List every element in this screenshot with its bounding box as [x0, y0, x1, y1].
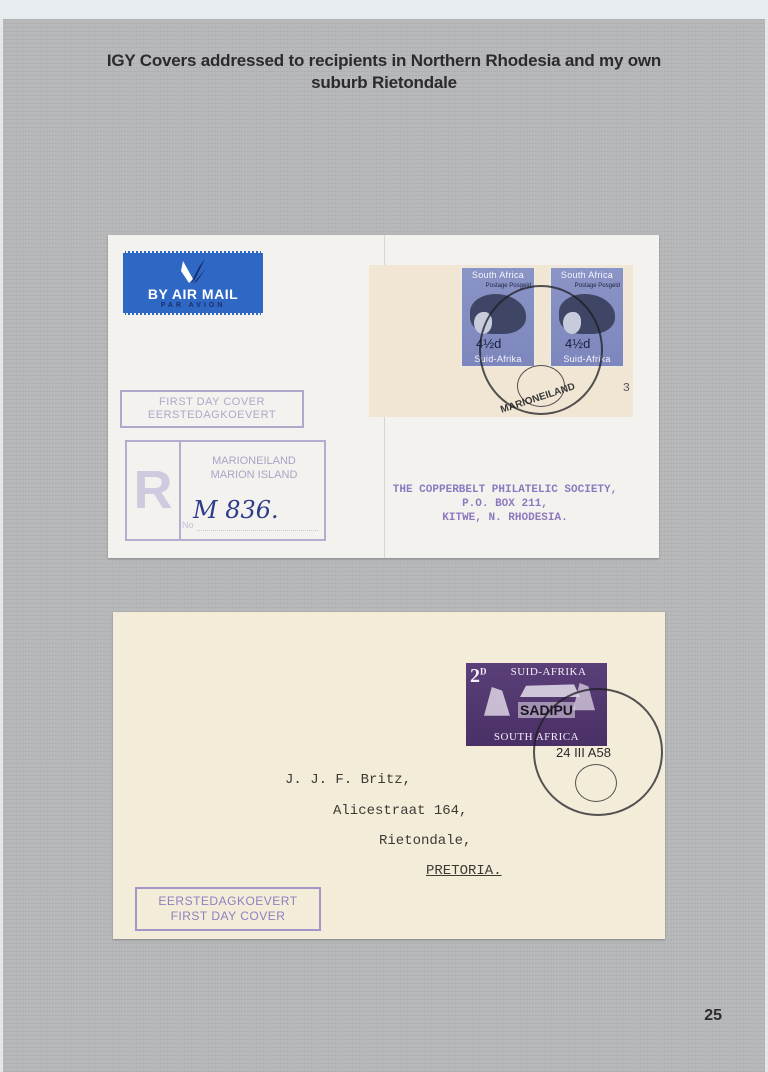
registration-place: MARIONEILAND MARION ISLAND [199, 454, 309, 482]
page-number: 25 [704, 1007, 722, 1025]
cover-northern-rhodesia: BY AIR MAIL PAR AVION South Africa Posta… [108, 235, 659, 558]
airmail-label: BY AIR MAIL PAR AVION [123, 251, 263, 315]
stamp-country-top: South Africa [462, 270, 534, 280]
registration-dotted-line [197, 530, 318, 531]
stamp-pair-sheet-corner: South Africa Postage Posgeld 4½d Suid-Af… [369, 265, 633, 417]
airmail-main-text: BY AIR MAIL [123, 286, 263, 302]
registration-r-letter: R [127, 442, 181, 539]
page-title: IGY Covers addressed to recipients in No… [60, 50, 708, 94]
recipient-address: THE COPPERBELT PHILATELIC SOCIETY, P.O. … [374, 483, 636, 525]
ship-icon [484, 687, 510, 723]
address-line-1: THE COPPERBELT PHILATELIC SOCIETY, [374, 483, 636, 497]
page-title-line-2: suburb Rietondale [60, 72, 708, 94]
postmark-inner-ring [575, 764, 617, 802]
stamp-value-unit: D [480, 666, 487, 676]
cover-rietondale: 2D SUID-AFRIKA SADIPU SOUTH AFRICA 24 II… [113, 612, 665, 939]
page-title-line-1: IGY Covers addressed to recipients in No… [60, 50, 708, 72]
address-line-2: P.O. BOX 211, [374, 497, 636, 511]
fdc-cachet-line-2: EERSTEDAGKOEVERT [122, 409, 302, 422]
registration-place-line-1: MARIONEILAND [199, 454, 309, 468]
fdc-cachet-line-1: FIRST DAY COVER [122, 396, 302, 409]
stamp-country-top: South Africa [551, 270, 623, 280]
address-line-3: KITWE, N. RHODESIA. [374, 511, 636, 525]
address-line-3: Rietondale, [379, 833, 471, 849]
registration-no-label: No [182, 520, 194, 530]
registration-label: R MARIONEILAND MARION ISLAND M 836. No [125, 440, 326, 541]
fdc-cachet-line-2: FIRST DAY COVER [137, 909, 319, 924]
stamp-inscription: Postage Posgeld [575, 283, 620, 290]
fdc-cachet: FIRST DAY COVER EERSTEDAGKOEVERT [120, 390, 304, 428]
address-line-1: J. J. F. Britz, [285, 772, 411, 788]
postmark-date: 24 III A58 [556, 745, 611, 760]
plate-number: 3 [623, 381, 630, 395]
fdc-cachet-line-1: EERSTEDAGKOEVERT [137, 894, 319, 909]
wings-icon [179, 259, 209, 285]
address-line-2: Alicestraat 164, [333, 803, 467, 819]
stamp-value: 2D [470, 665, 487, 688]
stamp-country-top: SUID-AFRIKA [496, 666, 601, 678]
fdc-cachet: EERSTEDAGKOEVERT FIRST DAY COVER [135, 887, 321, 931]
stamp-value-number: 2 [470, 665, 480, 687]
registration-place-line-2: MARION ISLAND [199, 468, 309, 482]
airmail-sub-text: PAR AVION [123, 302, 263, 309]
scanner-top-strip [0, 0, 768, 19]
address-line-4: PRETORIA. [426, 863, 502, 879]
registration-number: M 836. [193, 496, 279, 524]
